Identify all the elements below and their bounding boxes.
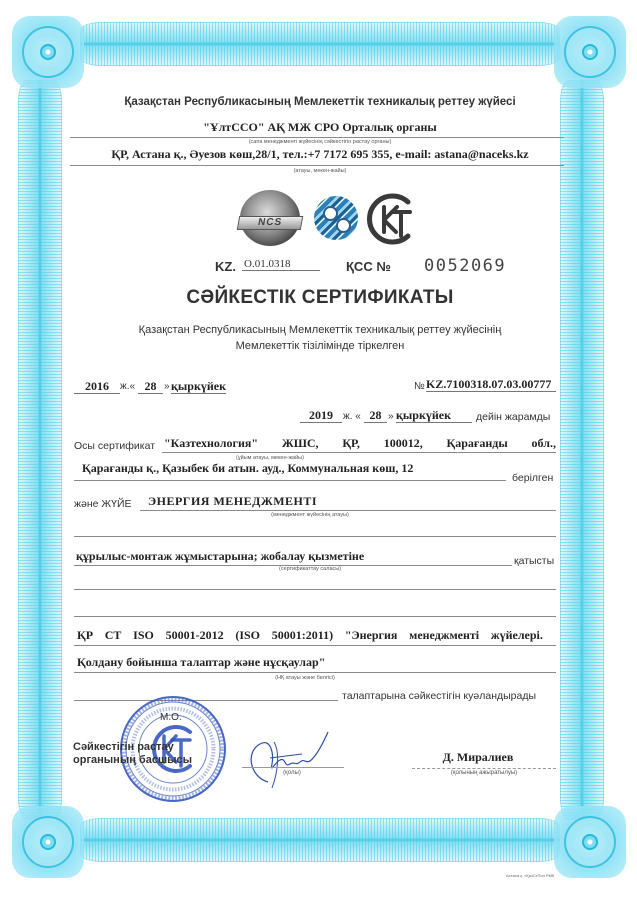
signer-name-hint: (қолының ажыратылуы)	[412, 770, 556, 776]
valid-year-suffix: ж. «	[343, 410, 361, 424]
body-address-hint: (атауы, мекен-жайы)	[70, 168, 570, 174]
registered-line-1: Қазақстан Республикасының Мемлекеттік те…	[70, 324, 570, 336]
underline	[74, 480, 506, 481]
kcc-label: ҚСС №	[346, 259, 391, 274]
certificate-number: KZ.7100318.07.03.00777	[426, 377, 556, 392]
issued-to-word: ҚР,	[342, 436, 360, 450]
system-header: Қазақстан Республикасының Мемлекеттік те…	[70, 96, 570, 108]
underline	[74, 589, 556, 590]
decorative-border-left	[18, 80, 62, 820]
valid-day-suffix: »	[388, 410, 394, 424]
standard-line-1: ҚРСТISO50001-2012(ISO50001:2011)"Энергия…	[77, 628, 543, 642]
kcc-serial-number: 0052069	[424, 256, 506, 276]
issued-to-word: ЖШС,	[282, 436, 319, 450]
underline	[70, 137, 564, 138]
cert-no-label: №	[414, 380, 425, 394]
issue-year-suffix: ж.«	[120, 380, 135, 394]
body-name-hint: (сапа менеджменті жүйесінің сәйкестігін …	[70, 139, 570, 145]
corner-rosette-icon	[554, 16, 626, 88]
scope-hint: (сертификаттау саласы)	[240, 566, 380, 572]
certificate-title: СӘЙКЕСТІК СЕРТИФИКАТЫ	[70, 287, 570, 309]
signer-name: Д. Миралиев	[398, 750, 558, 765]
corner-rosette-icon	[554, 806, 626, 878]
issued-to-label: Осы сертификат	[74, 439, 155, 453]
registered-line-2: Мемлекеттік тізілімінде тіркелген	[70, 340, 570, 352]
corner-rosette-icon	[12, 16, 84, 88]
standard-word: 50001:2011)	[272, 628, 333, 642]
standard-word: "Энергия	[345, 628, 398, 642]
corner-rosette-icon	[12, 806, 84, 878]
issued-to-word: Қарағанды	[447, 436, 508, 450]
kt-conformity-mark-icon	[364, 192, 418, 246]
issued-to-word: "Казтехнология"	[164, 436, 258, 450]
issue-year: 2016	[74, 379, 120, 394]
system-label: және ЖҮЙЕ	[74, 497, 132, 511]
standard-word: менеджменті	[409, 628, 479, 642]
underline	[74, 645, 556, 646]
hologram-sticker-icon	[314, 196, 358, 240]
valid-until-label: дейін жарамды	[476, 410, 550, 424]
issued-to-line-2: Қарағанды қ., Қазыбек би атын. ауд., Ком…	[82, 461, 413, 475]
standard-word: СТ	[105, 628, 122, 642]
signer-name-line	[412, 768, 556, 769]
issued-to-word: 100012,	[384, 436, 423, 450]
certification-body-address: ҚР, Астана қ., Әуезов көш,28/1, тел.:+7 …	[70, 147, 570, 162]
printer-imprint: Астана қ. «ҚазСтПол РМК	[506, 873, 554, 878]
issue-month: қыркүйек	[171, 379, 226, 394]
underline	[74, 672, 556, 673]
seal-place-label: М.О.	[160, 712, 182, 723]
standard-word: 50001-2012	[166, 628, 224, 642]
signature-icon	[240, 722, 340, 792]
decorative-border-bottom	[80, 818, 560, 862]
certification-body-name: "ҰлтССО" АҚ МЖ СРО Орталық органы	[70, 120, 570, 135]
underline	[140, 510, 556, 511]
logos-row: NCS	[240, 190, 470, 250]
decorative-border-right	[560, 80, 604, 820]
certification-scope: құрылыс-монтаж жұмыстарына; жобалау қызм…	[76, 549, 364, 563]
conformity-label: талаптарына сәйкестігін куәландырады	[342, 689, 536, 703]
scope-label: қатысты	[514, 554, 554, 568]
underline	[74, 616, 556, 617]
standard-word: жүйелері.	[491, 628, 543, 642]
kz-label: KZ.	[215, 259, 236, 274]
underline	[70, 165, 564, 166]
signer-title: Сәйкестігін растау органының басшысы	[73, 741, 192, 767]
standard-word: ҚР	[77, 628, 93, 642]
issue-day: 28	[138, 379, 163, 394]
management-system-name: ЭНЕРГИЯ МЕНЕДЖМЕНТІ	[148, 494, 317, 508]
decorative-border-top	[80, 22, 560, 66]
signature-line	[242, 767, 344, 768]
issued-label: берілген	[512, 471, 553, 485]
standard-word: ISO	[133, 628, 154, 642]
underline	[74, 536, 556, 537]
valid-day: 28	[364, 408, 387, 423]
issued-to-word: обл.,	[532, 436, 556, 450]
system-hint: (менеджмент жүйесінің атауы)	[240, 512, 380, 518]
underline	[162, 452, 556, 453]
standard-hint: (НҚ атауы және белгісі)	[250, 675, 360, 681]
signature-hint: (қолы)	[262, 770, 322, 776]
standard-word: (ISO	[235, 628, 260, 642]
valid-year: 2019	[300, 408, 342, 423]
ncs-globe-logo-icon: NCS	[240, 190, 300, 246]
standard-line-2: Қолдану бойынша талаптар және нұсқаулар"	[77, 655, 325, 669]
valid-month: қыркүйек	[396, 408, 472, 423]
issue-day-suffix: »	[164, 380, 170, 394]
kz-registration-value: О.01.0318	[242, 258, 320, 271]
issued-to-line-1: "Казтехнология"ЖШС,ҚР,100012,Қарағандыоб…	[164, 436, 556, 450]
